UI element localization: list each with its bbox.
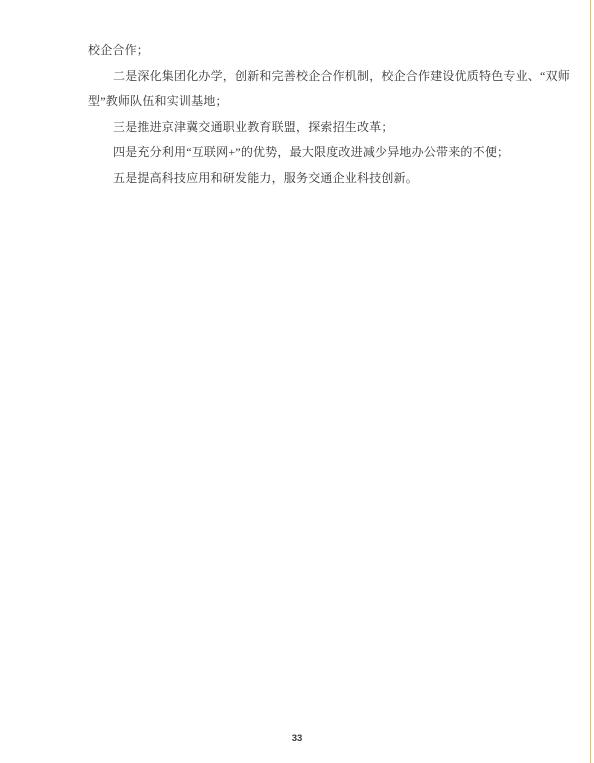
text-line-item-4: 四是充分利用“互联网+”的优势，最大限度改进减少异地办公带来的不便； bbox=[88, 140, 516, 166]
page-number: 33 bbox=[0, 733, 594, 744]
text-line-item-3: 三是推进京津冀交通职业教育联盟，探索招生改革； bbox=[88, 115, 516, 141]
text-line-item-5: 五是提高科技应用和研发能力，服务交通企业科技创新。 bbox=[88, 166, 516, 192]
body-text: 校企合作； 二是深化集团化办学，创新和完善校企合作机制，校企合作建设优质特色专业… bbox=[88, 38, 516, 192]
text-line-item-2: 二是深化集团化办学，创新和完善校企合作机制，校企合作建设优质特色专业、“双师 bbox=[88, 64, 516, 90]
text-line-item-2-wrap: 型”教师队伍和实训基地； bbox=[88, 89, 516, 115]
text-line-continuation: 校企合作； bbox=[88, 38, 516, 64]
document-page: 校企合作； 二是深化集团化办学，创新和完善校企合作机制，校企合作建设优质特色专业… bbox=[0, 0, 594, 763]
page-edge-line bbox=[590, 0, 592, 763]
